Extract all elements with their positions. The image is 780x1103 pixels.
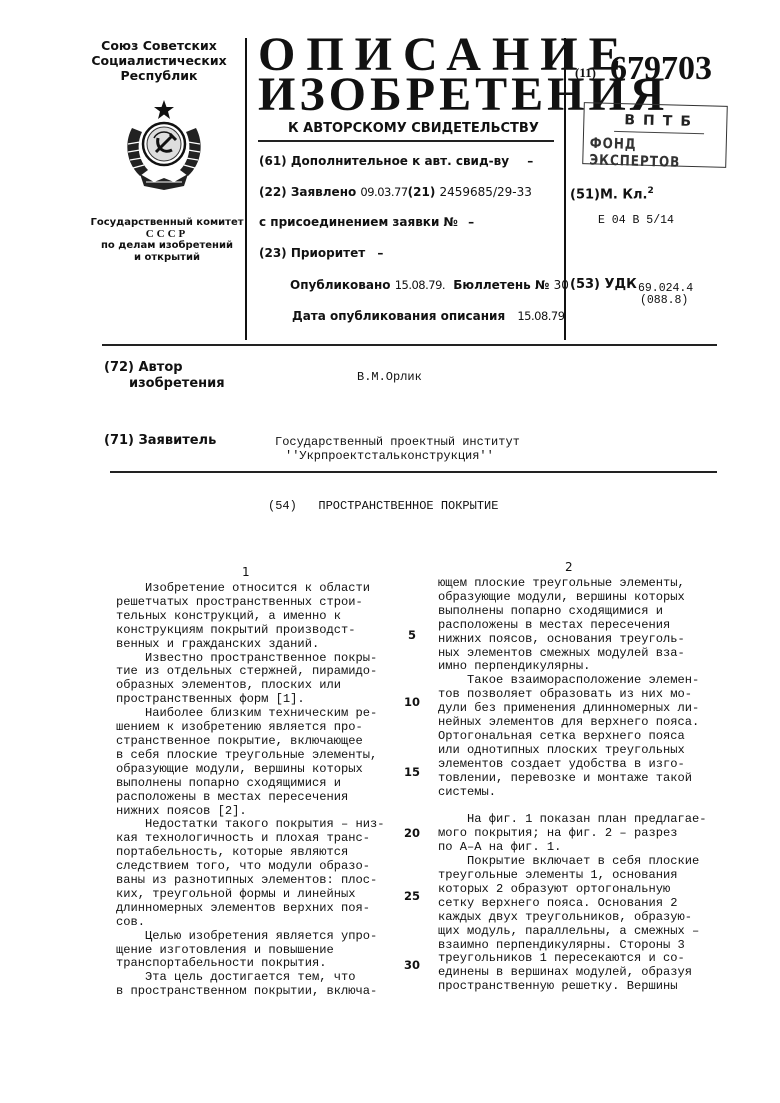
applicant-line1: Государственный проектный институт	[275, 435, 520, 449]
header-bottom-rule	[102, 344, 717, 346]
text-line: расположены в местах пересечения	[438, 619, 707, 633]
text-line: пространственных форм [1].	[116, 693, 385, 707]
bulletin-value: 30	[554, 278, 569, 292]
text-line: которых 2 образуют ортогональную	[438, 883, 707, 897]
field-51-sup: 2	[647, 186, 653, 196]
text-line: расположены в местах пересечения	[116, 791, 385, 805]
subtitle-underline	[258, 140, 554, 142]
text-line: нижних поясов [2].	[116, 805, 385, 819]
field-51-value: E 04 B 5/14	[598, 214, 674, 227]
stamp-line2: ФОНД ЭКСПЕРТОВ	[589, 134, 726, 171]
text-line: конструкциям покрытий производст-	[116, 624, 385, 638]
field-21-label: (21)	[408, 185, 436, 199]
text-line: решетчатых пространственных строи-	[116, 596, 385, 610]
text-line: ных элементов смежных модулей вза-	[438, 647, 707, 661]
applicant-line2: ''Укрпроектстальконструкция''	[275, 449, 520, 463]
text-line: щение изготовления и повышение	[116, 944, 385, 958]
field-23-label: (23) Приоритет	[259, 246, 365, 260]
field-53: (53) УДК	[570, 278, 637, 292]
text-line: кая технологичность и плохая транс-	[116, 832, 385, 846]
text-line: взаимно перпендикулярны. Стороны 3	[438, 939, 707, 953]
text-line: образных элементов, плоских или	[116, 679, 385, 693]
text-line: или однотипных плоских треугольных	[438, 744, 707, 758]
committee-line: СССР	[88, 229, 246, 241]
text-line: длинномерных элементов верхних поя-	[116, 902, 385, 916]
text-line: единены в вершинах модулей, образуя	[438, 966, 707, 980]
text-line: дули без применения длинномерных ли-	[438, 702, 707, 716]
text-line: тов позволяет образовать из них мо-	[438, 688, 707, 702]
line-number: 5	[408, 628, 416, 642]
invention-title: (54) ПРОСТРАНСТВЕННОЕ ПОКРЫТИЕ	[268, 500, 498, 513]
text-line: Изобретение относится к области	[116, 582, 385, 596]
field-61: (61) Дополнительное к авт. свид-ву –	[259, 154, 533, 168]
text-line: портабельность, которые являются	[116, 846, 385, 860]
line-number: 30	[404, 958, 420, 972]
text-line: треугольные элементы 1, основания	[438, 869, 707, 883]
author-name: В.М.Орлик	[357, 371, 422, 384]
field-23-value: –	[377, 246, 383, 260]
text-line: нижних поясов, основания треуголь-	[438, 633, 707, 647]
field-51-label: (51)М. Кл.	[570, 187, 647, 202]
stamp-underline	[614, 131, 704, 134]
union-line: Союз Советских	[88, 38, 230, 53]
text-line: ких, треугольной формы и линейных	[116, 888, 385, 902]
text-line: транспортабельности покрытия.	[116, 957, 385, 971]
text-line: системы.	[438, 786, 707, 800]
applicant-bottom-rule	[110, 471, 717, 473]
field-21-value: 2459685/29-33	[440, 185, 532, 199]
document-subtitle: К АВТОРСКОМУ СВИДЕТЕЛЬСТВУ	[288, 121, 539, 136]
field-22-label: (22) Заявлено	[259, 185, 356, 199]
line-number: 10	[404, 695, 420, 709]
text-line: сетку верхнего пояса. Основания 2	[438, 897, 707, 911]
text-line: ваны из разнотипных элементов: плос-	[116, 874, 385, 888]
field-61-label: (61) Дополнительное к авт. свид-ву	[259, 154, 509, 168]
text-line: каждых двух треугольников, образую-	[438, 911, 707, 925]
union-line: Республик	[88, 68, 230, 83]
text-line: мого покрытия; на фиг. 2 – разрез	[438, 827, 707, 841]
text-line: выполнены попарно сходящимися и	[438, 605, 707, 619]
published-field: Опубликовано 15.08.79. Бюллетень № 30	[290, 278, 569, 292]
text-line: имно перпендикулярны.	[438, 660, 707, 674]
text-line: в пространственном покрытии, включа-	[116, 985, 385, 999]
committee-heading: Государственный комитет СССР по делам из…	[88, 217, 246, 263]
text-line: Целью изобретения является упро-	[116, 930, 385, 944]
field-22-date: 09.03.77	[360, 185, 407, 199]
field-23: (23) Приоритет –	[259, 246, 383, 260]
text-line: Эта цель достигается тем, что	[116, 971, 385, 985]
field-61-value: –	[527, 154, 533, 168]
join-value: –	[468, 215, 474, 229]
text-line: Такое взаиморасположение элемен-	[438, 674, 707, 688]
text-line: треугольников 1 пересекаются и со-	[438, 952, 707, 966]
text-line: нейных элементов для верхнего пояса.	[438, 716, 707, 730]
library-stamp: ВПТБ ФОНД ЭКСПЕРТОВ	[582, 102, 728, 168]
patent-number: 679703	[610, 50, 712, 88]
text-line: щих модуль, параллельны, а смежных –	[438, 925, 707, 939]
text-line: товлении, перевозке и монтаже такой	[438, 772, 707, 786]
author-label-line1: (72) Автор	[104, 360, 225, 376]
text-line: по А–А на фиг. 1.	[438, 841, 707, 855]
text-line: пространственную решетку. Вершины	[438, 980, 707, 994]
author-label-line2: изобретения	[104, 376, 225, 392]
bulletin-label: Бюллетень №	[453, 278, 549, 292]
header-divider-left	[245, 38, 247, 340]
committee-line: по делам изобретений	[88, 240, 246, 252]
committee-line: и открытий	[88, 252, 246, 264]
field-51: (51)М. Кл.2	[570, 184, 654, 202]
text-line: Покрытие включает в себя плоские	[438, 855, 707, 869]
union-heading: Союз Советских Социалистических Республи…	[88, 38, 230, 83]
patent-number-label: (11)	[575, 65, 596, 81]
applicant-label: (71) Заявитель	[104, 434, 216, 448]
applicant-name: Государственный проектный институт ''Укр…	[275, 435, 520, 463]
text-line: шением к изобретению является про-	[116, 721, 385, 735]
text-line: Известно пространственное покры-	[116, 652, 385, 666]
text-line: ющем плоские треугольные элементы,	[438, 577, 707, 591]
text-line: Недостатки такого покрытия – низ-	[116, 818, 385, 832]
column-number-2: 2	[565, 560, 573, 574]
line-number: 15	[404, 765, 420, 779]
text-line: образующие модули, вершины которых	[116, 763, 385, 777]
author-label: (72) Автор изобретения	[104, 360, 225, 392]
join-label: с присоединением заявки №	[259, 215, 458, 229]
line-number: 20	[404, 826, 420, 840]
text-line: Наиболее близким техническим ре-	[116, 707, 385, 721]
line-number: 25	[404, 889, 420, 903]
published-date: 15.08.79.	[395, 278, 445, 292]
text-line: венных и гражданских зданий.	[116, 638, 385, 652]
committee-line: Государственный комитет	[88, 217, 246, 229]
text-line: образующие модули, вершины которых	[438, 591, 707, 605]
text-line	[438, 800, 707, 814]
field-53-label: (53) УДК	[570, 277, 637, 292]
text-line: Ортогональная сетка верхнего пояса	[438, 730, 707, 744]
join-field: с присоединением заявки № –	[259, 215, 474, 229]
text-line: в себя плоские треугольные элементы,	[116, 749, 385, 763]
text-line: странственное покрытие, включающее	[116, 735, 385, 749]
description-date-field: Дата опубликования описания 15.08.79	[292, 309, 565, 323]
text-line: тие из отдельных стержней, пирамидо-	[116, 665, 385, 679]
ussr-emblem-icon	[118, 98, 210, 194]
text-column-2: ющем плоские треугольные элементы,образу…	[438, 577, 707, 994]
text-line: сов.	[116, 916, 385, 930]
text-line: тельных конструкций, а именно к	[116, 610, 385, 624]
description-date-label: Дата опубликования описания	[292, 309, 505, 323]
union-line: Социалистических	[88, 53, 230, 68]
text-line: На фиг. 1 показан план предлагае-	[438, 813, 707, 827]
text-line: следствием того, что модули образо-	[116, 860, 385, 874]
text-line: выполнены попарно сходящимися и	[116, 777, 385, 791]
field-22: (22) Заявлено 09.03.77(21) 2459685/29-33	[259, 185, 532, 199]
published-label: Опубликовано	[290, 278, 391, 292]
text-column-1: Изобретение относится к областирешетчаты…	[116, 582, 385, 999]
field-53-value2: (088.8)	[640, 294, 688, 307]
description-date-value: 15.08.79	[517, 309, 564, 323]
text-line: элементов создает удобства в изго-	[438, 758, 707, 772]
stamp-line1: ВПТБ	[624, 112, 699, 130]
column-number-1: 1	[242, 565, 250, 579]
